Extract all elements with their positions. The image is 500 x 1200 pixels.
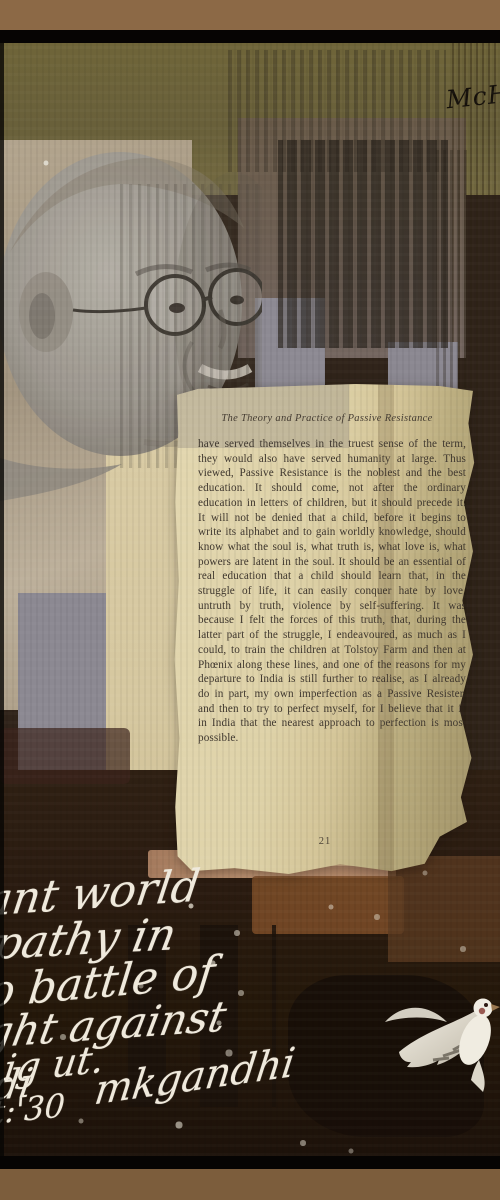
frame-bar-top — [0, 30, 500, 43]
frame-bar-bottom — [0, 1156, 500, 1169]
book-page: The Theory and Practice of Passive Resis… — [174, 384, 476, 876]
left-edge-shadow — [0, 43, 4, 1156]
dove-icon — [383, 988, 500, 1103]
artist-signature: McH — [444, 79, 500, 115]
page-header: The Theory and Practice of Passive Resis… — [206, 412, 448, 425]
frame-strip-top — [0, 0, 500, 30]
page-number: 21 — [174, 836, 476, 847]
maroon-patch — [0, 728, 130, 784]
dove-drawing — [383, 988, 500, 1103]
light-brush-strokes — [228, 50, 446, 172]
page-body-text: have served themselves in the truest sen… — [198, 437, 466, 746]
frame-strip-bottom — [0, 1169, 500, 1200]
collage-artwork: McH The Theory and Practice of Passive R… — [0, 0, 500, 1200]
handwriting-date: t:'30 — [0, 1086, 66, 1132]
book-page-paper: The Theory and Practice of Passive Resis… — [174, 384, 476, 876]
